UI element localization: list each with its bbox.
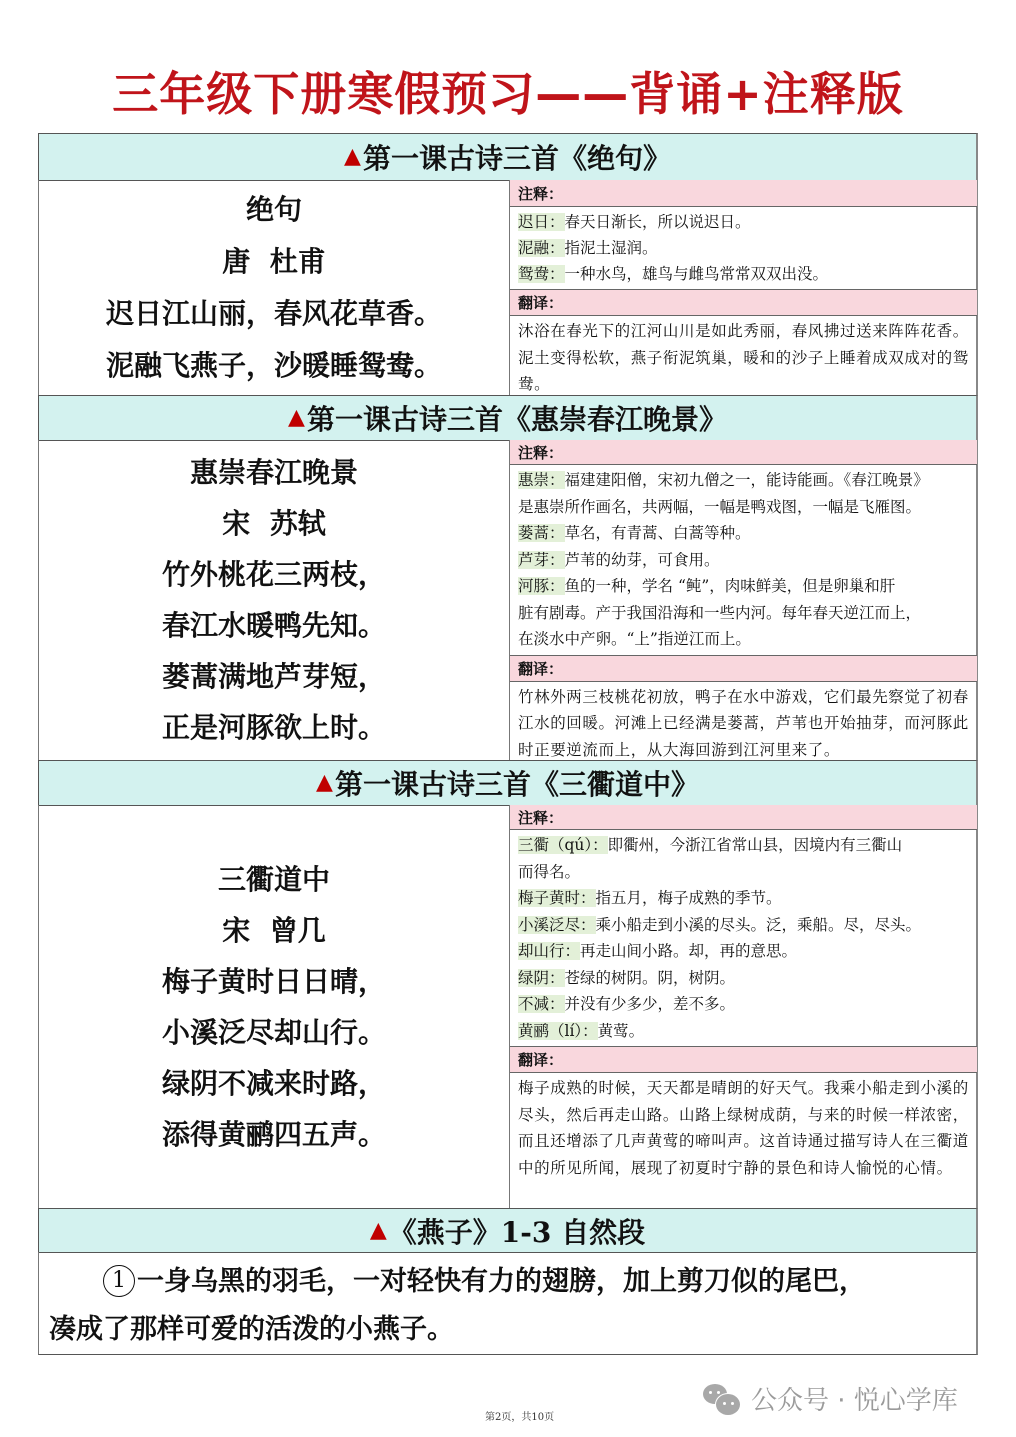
translation-label: 翻译： bbox=[510, 655, 977, 682]
watermark-text: 公众号 · 悦心学库 bbox=[751, 1380, 958, 1417]
note-item: 不减：并没有少多少，差不多。 bbox=[518, 991, 977, 1018]
note-term: 蒌蒿： bbox=[518, 524, 565, 542]
poem-text: 惠崇春江晚景 宋 苏轼 竹外桃花三两枝， 春江水暖鸭先知。 蒌蒿满地芦芽短， 正… bbox=[39, 440, 509, 760]
section-header-label: 第一课古诗三首《三衢道中》 bbox=[335, 763, 699, 803]
note-term: 不减： bbox=[518, 995, 565, 1013]
triangle-icon: ▲ bbox=[316, 769, 333, 795]
note-text: 再走山间小路。却，再的意思。 bbox=[580, 942, 797, 960]
notes-label: 注释： bbox=[510, 180, 977, 207]
note-text: 鱼的一种，学名 “鲀”，肉味鲜美，但是卵巢和肝 bbox=[565, 577, 896, 595]
note-term: 芦芽： bbox=[518, 551, 565, 569]
note-text: 草名，有青蒿、白蒿等种。 bbox=[565, 524, 751, 542]
note-term: 泥融： bbox=[518, 239, 565, 257]
note-term: 鸳鸯： bbox=[518, 265, 565, 283]
note-term: 小溪泛尽： bbox=[518, 916, 596, 934]
note-item: 梅子黄时：指五月，梅子成熟的季节。 bbox=[518, 885, 977, 912]
note-text: 乘小船走到小溪的尽头。泛，乘船。尽，尽头。 bbox=[596, 916, 922, 934]
page-indicator: 第2页，共10页 bbox=[485, 1408, 554, 1423]
paragraph-number-badge: 1 bbox=[103, 1265, 135, 1297]
watermark: 公众号 · 悦心学库 bbox=[703, 1380, 958, 1417]
poem-author: 唐 杜甫 bbox=[222, 236, 326, 288]
prose-passage: 1一身乌黑的羽毛，一对轻快有力的翅膀，加上剪刀似的尾巴， 凑成了那样可爱的活泼的… bbox=[38, 1252, 978, 1355]
section-header-yanzi: ▲ 《燕子》1-3 自然段 bbox=[38, 1208, 978, 1253]
poem-line: 小溪泛尽却山行。 bbox=[162, 1007, 386, 1058]
note-item: 三衢（qú）：即衢州，今浙江省常山县，因境内有三衢山 bbox=[518, 832, 977, 859]
poem-title: 三衢道中 bbox=[218, 854, 330, 905]
note-text: 指泥土湿润。 bbox=[565, 239, 658, 257]
notes-label: 注释： bbox=[510, 440, 977, 465]
note-item: 黄鹂（lí）：黄莺。 bbox=[518, 1018, 977, 1045]
note-term: 三衢（qú）： bbox=[518, 836, 608, 854]
section-header-jueju: ▲ 第一课古诗三首《绝句》 bbox=[38, 133, 978, 181]
triangle-icon: ▲ bbox=[370, 1217, 387, 1243]
poem-text: 绝句 唐 杜甫 迟日江山丽，春风花草香。 泥融飞燕子，沙暖睡鸳鸯。 bbox=[39, 180, 509, 395]
note-text: 春天日渐长，所以说迟日。 bbox=[565, 213, 751, 231]
note-text: 黄莺。 bbox=[598, 1022, 645, 1040]
poem-author: 宋 苏轼 bbox=[222, 498, 326, 549]
section-header-huichong: ▲ 第一课古诗三首《惠崇春江晚景》 bbox=[38, 395, 978, 441]
section-body-sanqu: 三衢道中 宋 曾几 梅子黄时日日晴， 小溪泛尽却山行。 绿阴不减来时路， 添得黄… bbox=[38, 805, 978, 1208]
note-text: 指五月，梅子成熟的季节。 bbox=[596, 889, 782, 907]
poem-line: 梅子黄时日日晴， bbox=[162, 956, 386, 1007]
translation-text: 竹林外两三枝桃花初放，鸭子在水中游戏，它们最先察觉了初春江水的回暖。河滩上已经满… bbox=[510, 682, 977, 766]
note-term: 河豚： bbox=[518, 577, 565, 595]
note-item: 绿阴：苍绿的树阴。阴，树阴。 bbox=[518, 965, 977, 992]
translation-label: 翻译： bbox=[510, 289, 977, 316]
notes-list: 三衢（qú）：即衢州，今浙江省常山县，因境内有三衢山 而得名。 梅子黄时：指五月… bbox=[510, 830, 977, 1046]
note-item: 鸳鸯：一种水鸟，雄鸟与雌鸟常常双双出没。 bbox=[518, 261, 977, 287]
note-item: 河豚：鱼的一种，学名 “鲀”，肉味鲜美，但是卵巢和肝 bbox=[518, 573, 977, 600]
section-header-label: 《燕子》1-3 自然段 bbox=[389, 1211, 645, 1251]
poem-line: 绿阴不减来时路， bbox=[162, 1058, 386, 1109]
section-header-label: 第一课古诗三首《绝句》 bbox=[363, 137, 671, 177]
note-item-continuation: 而得名。 bbox=[518, 859, 977, 886]
section-header-sanqu: ▲ 第一课古诗三首《三衢道中》 bbox=[38, 760, 978, 806]
note-item-continuation: 在淡水中产卵。“上”指逆江而上。 bbox=[518, 626, 977, 653]
note-term: 绿阴： bbox=[518, 969, 565, 987]
note-text: 一种水鸟，雄鸟与雌鸟常常双双出没。 bbox=[565, 265, 829, 283]
notes-list: 惠崇：福建建阳僧，宋初九僧之一，能诗能画。《春江晚景》 是惠崇所作画名，共两幅，… bbox=[510, 465, 977, 655]
section-header-label: 第一课古诗三首《惠崇春江晚景》 bbox=[307, 398, 727, 438]
note-term: 迟日： bbox=[518, 213, 565, 231]
notes-list: 迟日：春天日渐长，所以说迟日。 泥融：指泥土湿润。 鸳鸯：一种水鸟，雄鸟与雌鸟常… bbox=[510, 207, 977, 289]
note-text: 并没有少多少，差不多。 bbox=[565, 995, 736, 1013]
translation-text: 梅子成熟的时候，天天都是晴朗的好天气。我乘小船走到小溪的尽头，然后再走山路。山路… bbox=[510, 1073, 977, 1183]
note-term: 惠崇： bbox=[518, 471, 565, 489]
translation-label: 翻译： bbox=[510, 1046, 977, 1073]
poem-line: 蒌蒿满地芦芽短， bbox=[162, 651, 386, 702]
notes-panel: 注释： 三衢（qú）：即衢州，今浙江省常山县，因境内有三衢山 而得名。 梅子黄时… bbox=[509, 805, 977, 1208]
poem-line: 迟日江山丽，春风花草香。 bbox=[106, 288, 442, 340]
note-text: 福建建阳僧，宋初九僧之一，能诗能画。《春江晚景》 bbox=[565, 471, 929, 489]
note-text: 芦苇的幼芽，可食用。 bbox=[565, 551, 720, 569]
poem-author: 宋 曾几 bbox=[222, 905, 326, 956]
poem-line: 竹外桃花三两枝， bbox=[162, 549, 386, 600]
note-item: 芦芽：芦苇的幼芽，可食用。 bbox=[518, 547, 977, 574]
poem-line: 添得黄鹂四五声。 bbox=[162, 1109, 386, 1160]
notes-panel: 注释： 迟日：春天日渐长，所以说迟日。 泥融：指泥土湿润。 鸳鸯：一种水鸟，雄鸟… bbox=[509, 180, 977, 395]
note-text: 苍绿的树阴。阴，树阴。 bbox=[565, 969, 736, 987]
note-item: 迟日：春天日渐长，所以说迟日。 bbox=[518, 209, 977, 235]
poem-line: 春江水暖鸭先知。 bbox=[162, 600, 386, 651]
note-text: 即衢州，今浙江省常山县，因境内有三衢山 bbox=[608, 836, 903, 854]
poem-line: 泥融飞燕子，沙暖睡鸳鸯。 bbox=[106, 340, 442, 392]
page-title: 三年级下册寒假预习——背诵+注释版 bbox=[0, 62, 1016, 126]
note-item: 蒌蒿：草名，有青蒿、白蒿等种。 bbox=[518, 520, 977, 547]
note-term: 却山行： bbox=[518, 942, 580, 960]
section-body-huichong: 惠崇春江晚景 宋 苏轼 竹外桃花三两枝， 春江水暖鸭先知。 蒌蒿满地芦芽短， 正… bbox=[38, 440, 978, 760]
prose-line: 凑成了那样可爱的活泼的小燕子。 bbox=[49, 1306, 966, 1354]
poem-text: 三衢道中 宋 曾几 梅子黄时日日晴， 小溪泛尽却山行。 绿阴不减来时路， 添得黄… bbox=[39, 805, 509, 1208]
triangle-icon: ▲ bbox=[344, 143, 361, 169]
notes-label: 注释： bbox=[510, 805, 977, 830]
note-item: 泥融：指泥土湿润。 bbox=[518, 235, 977, 261]
note-item: 小溪泛尽：乘小船走到小溪的尽头。泛，乘船。尽，尽头。 bbox=[518, 912, 977, 939]
note-item: 惠崇：福建建阳僧，宋初九僧之一，能诗能画。《春江晚景》 bbox=[518, 467, 977, 494]
note-term: 黄鹂（lí）： bbox=[518, 1022, 598, 1040]
note-item: 却山行：再走山间小路。却，再的意思。 bbox=[518, 938, 977, 965]
prose-line: 1一身乌黑的羽毛，一对轻快有力的翅膀，加上剪刀似的尾巴， bbox=[49, 1258, 966, 1306]
triangle-icon: ▲ bbox=[288, 404, 305, 430]
poem-title: 绝句 bbox=[246, 184, 302, 236]
poem-line: 正是河豚欲上时。 bbox=[162, 702, 386, 753]
poem-title: 惠崇春江晚景 bbox=[190, 447, 358, 498]
prose-text: 一身乌黑的羽毛，一对轻快有力的翅膀，加上剪刀似的尾巴， bbox=[137, 1266, 866, 1297]
wechat-icon bbox=[703, 1382, 743, 1416]
notes-panel: 注释： 惠崇：福建建阳僧，宋初九僧之一，能诗能画。《春江晚景》 是惠崇所作画名，… bbox=[509, 440, 977, 760]
note-item-continuation: 是惠崇所作画名，共两幅，一幅是鸭戏图，一幅是飞雁图。 bbox=[518, 494, 977, 521]
note-item-continuation: 脏有剧毒。产于我国沿海和一些内河。每年春天逆江而上， bbox=[518, 600, 977, 627]
note-term: 梅子黄时： bbox=[518, 889, 596, 907]
translation-text: 沐浴在春光下的江河山川是如此秀丽，春风拂过送来阵阵花香。泥土变得松软，燕子衔泥筑… bbox=[510, 316, 977, 400]
section-body-jueju: 绝句 唐 杜甫 迟日江山丽，春风花草香。 泥融飞燕子，沙暖睡鸳鸯。 注释： 迟日… bbox=[38, 180, 978, 395]
